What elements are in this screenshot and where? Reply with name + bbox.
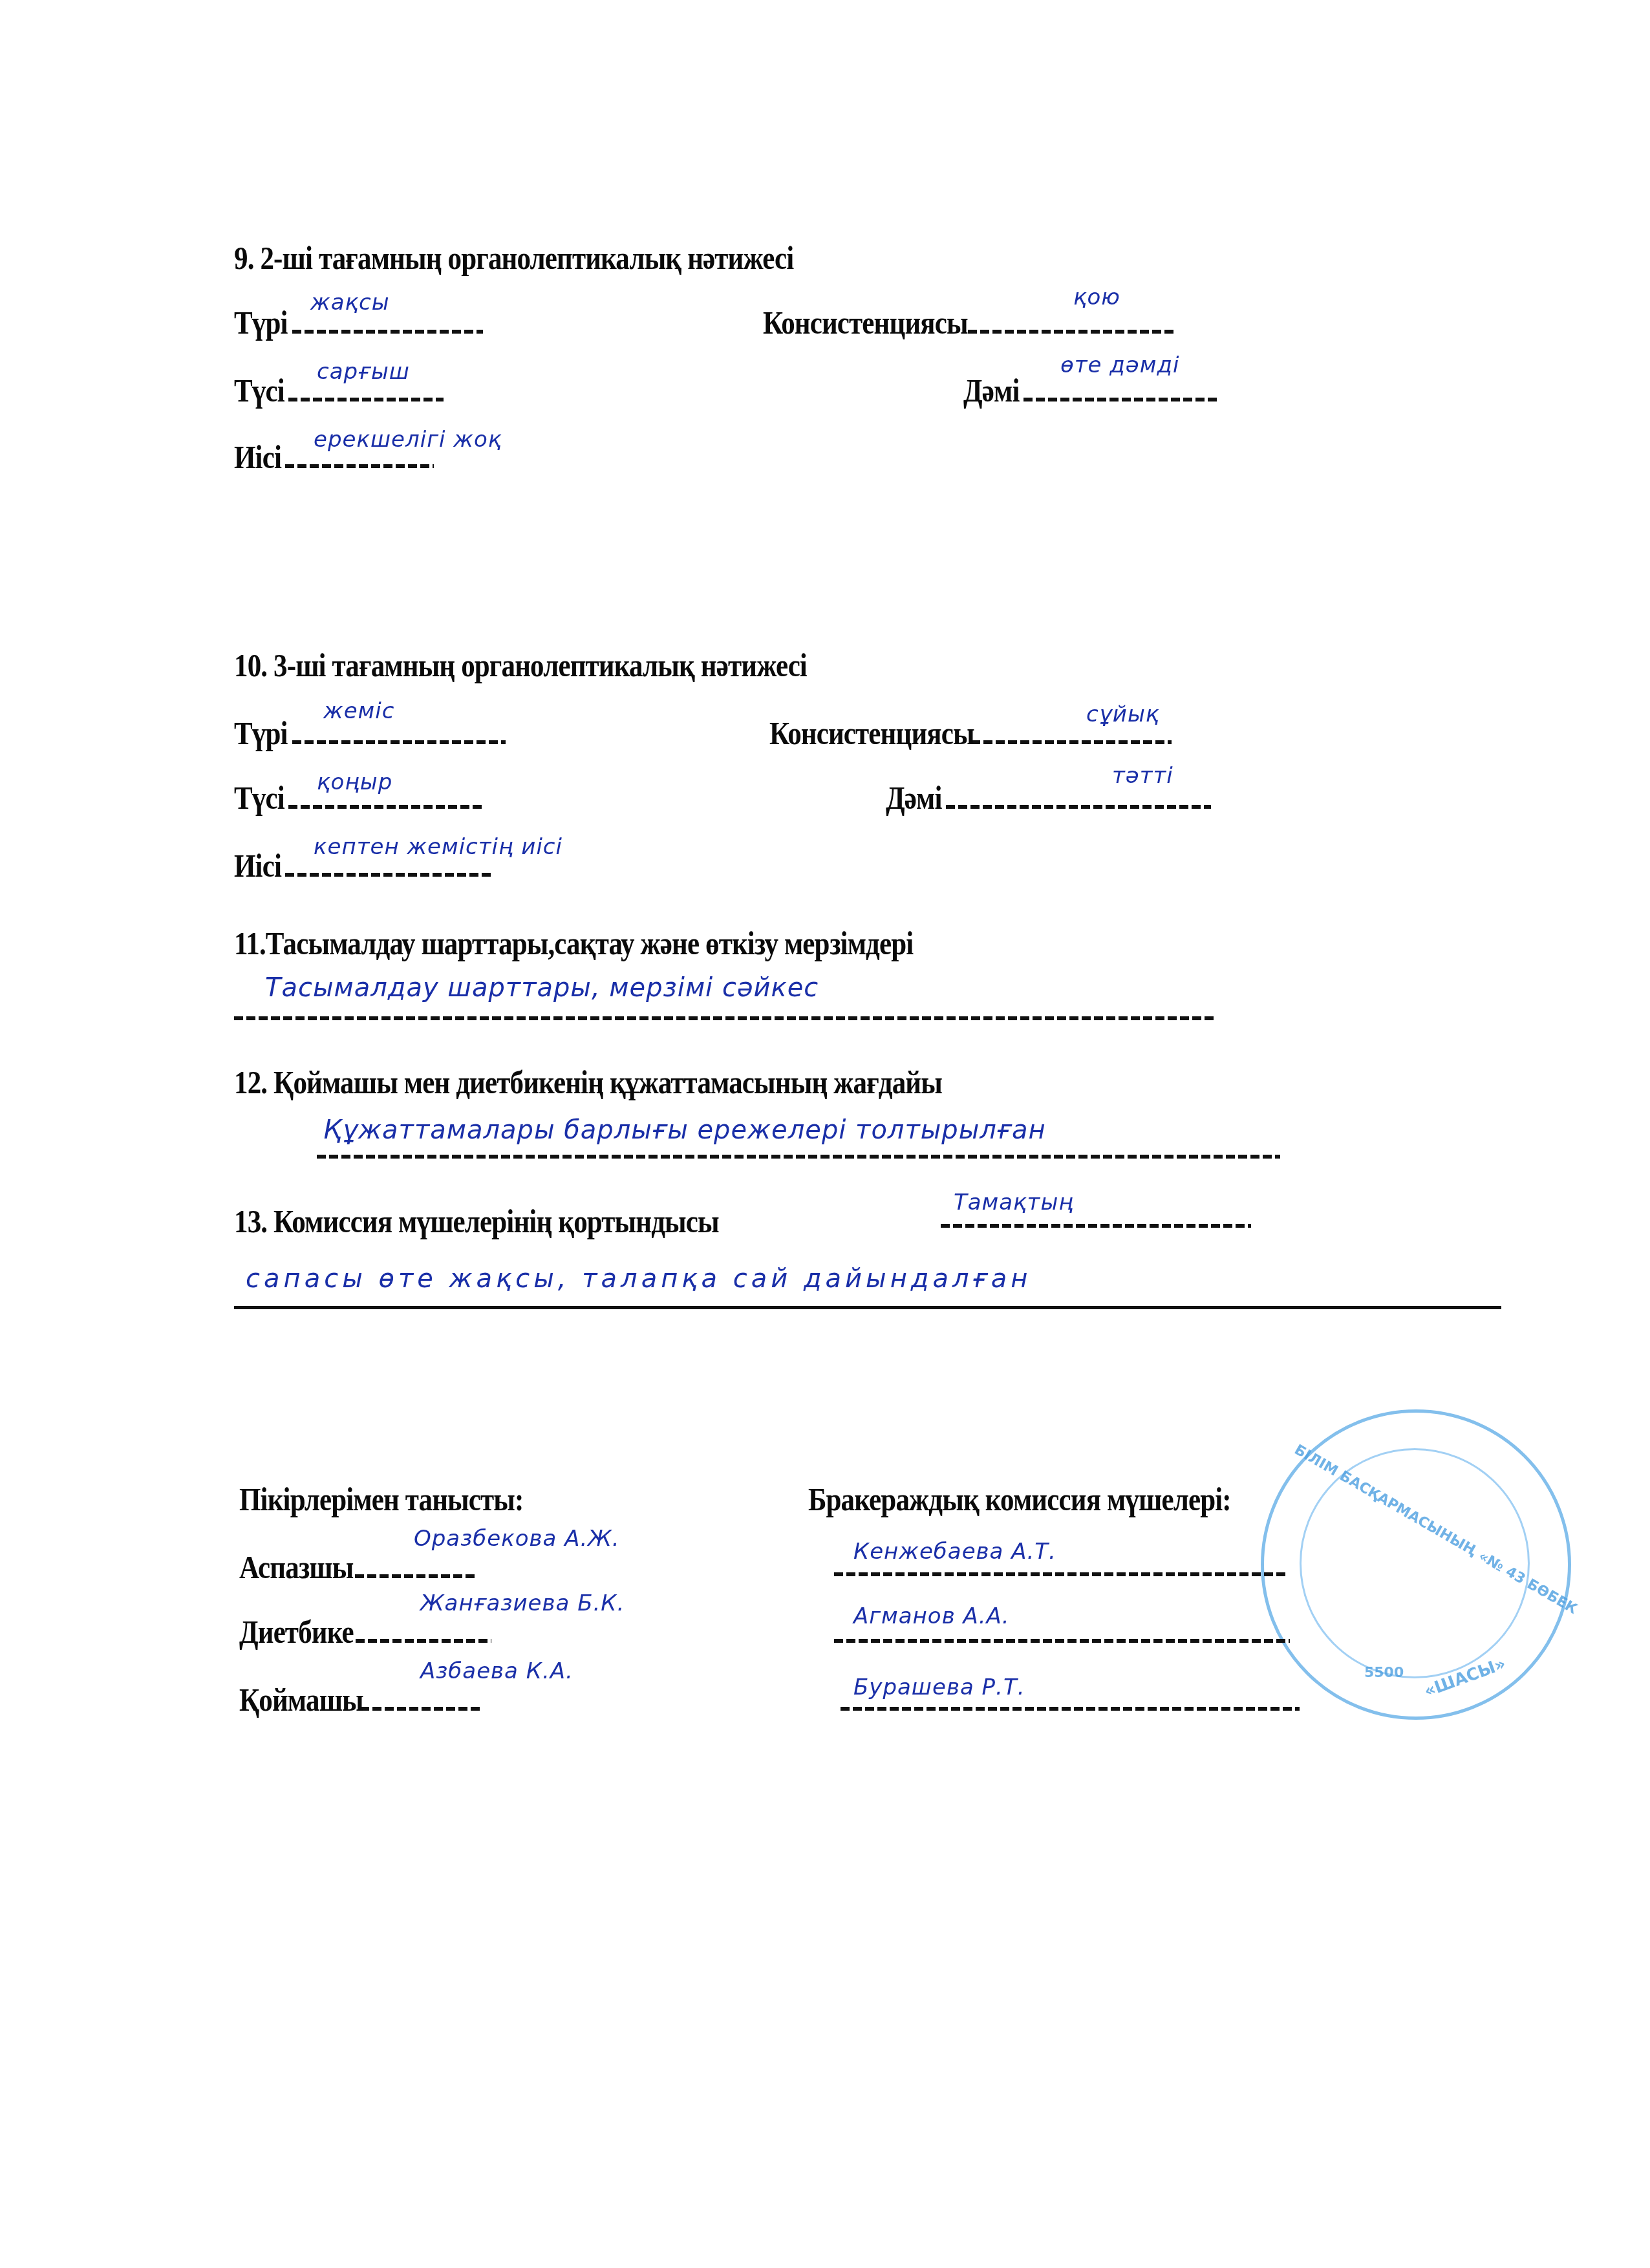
section-13-inline-value[interactable]: Тамақтың — [954, 1190, 1074, 1215]
signature-row-cook: Аспазшы — [239, 1548, 478, 1586]
iisi-dash-line — [285, 464, 434, 468]
section-12-heading: 12. Қоймашы мен диетбикенің құжаттамасын… — [234, 1064, 942, 1101]
tusi-label: Түсі — [234, 372, 284, 409]
dietitian-signature[interactable]: Жанғазиева Б.К. — [420, 1590, 625, 1616]
dami-label: Дәмі — [963, 372, 1019, 409]
konsistenciya-value[interactable]: сұйық — [1086, 701, 1159, 727]
section-13-dash-line — [941, 1224, 1251, 1228]
iisi-value[interactable]: ерекшелігі жоқ — [314, 427, 502, 453]
section-11-dash-line — [234, 1016, 1217, 1020]
storekeeper-signature[interactable]: Азбаева К.А. — [420, 1658, 573, 1684]
dami-dash-line — [1023, 398, 1217, 401]
tusi-label: Түсі — [234, 779, 284, 817]
tusi-dash-line — [288, 805, 482, 809]
konsistenciya-dash-line — [968, 330, 1175, 334]
dietitian-label: Диетбике — [239, 1613, 354, 1651]
konsistenciya-label: Консистенциясы — [769, 714, 974, 752]
iisi-dash-line — [285, 873, 492, 877]
konsistenciya-dash-line — [971, 740, 1172, 744]
dami-value[interactable]: тәтті — [1112, 763, 1173, 789]
signature-row-dietitian: Диетбике — [239, 1613, 491, 1651]
commission-member-3-dash-line — [841, 1707, 1300, 1711]
tusi-dash-line — [288, 398, 444, 401]
section-11-value[interactable]: Тасымалдау шарттары, мерзімі сәйкес — [265, 973, 819, 1003]
acquainted-heading: Пікірлерімен танысты: — [239, 1481, 523, 1518]
storekeeper-label: Қоймашы — [239, 1681, 363, 1718]
commission-member-3-signature[interactable]: Бурашева Р.Т. — [853, 1674, 1025, 1700]
tusi-value[interactable]: сарғыш — [317, 359, 410, 385]
section-10-heading: 10. 3-ші тағамның органолептикалық нәтиж… — [234, 647, 807, 684]
cook-label: Аспазшы — [239, 1548, 353, 1586]
cook-dash-line — [355, 1574, 478, 1578]
iisi-label: Иісі — [234, 438, 281, 476]
signature-row-storekeeper: Қоймашы — [239, 1681, 483, 1718]
cook-signature[interactable]: Оразбекова А.Ж. — [414, 1526, 620, 1552]
commission-member-2-signature[interactable]: Агманов А.А. — [853, 1603, 1010, 1629]
konsistenciya-value[interactable]: қою — [1073, 284, 1120, 310]
turi-label: Түрі — [234, 714, 288, 752]
konsistenciya-label: Консистенциясы — [763, 304, 968, 341]
section-11-heading: 11.Тасымалдау шарттары,сақтау және өткіз… — [234, 925, 913, 962]
stamp-number: 5500 — [1364, 1665, 1404, 1681]
turi-dash-line — [292, 330, 483, 334]
section-13-heading: 13. Комиссия мүшелерінің қортындысы — [234, 1203, 719, 1240]
section-12-dash-line — [317, 1155, 1280, 1159]
section-13-underline — [234, 1306, 1501, 1309]
turi-value[interactable]: жеміс — [323, 698, 394, 724]
turi-dash-line — [292, 740, 506, 744]
commission-member-1-dash-line — [834, 1572, 1287, 1576]
tusi-value[interactable]: қоңыр — [317, 769, 392, 795]
dami-value[interactable]: өте дәмді — [1060, 352, 1179, 378]
section-9-heading: 9. 2-ші тағамның органолептикалық нәтиже… — [234, 239, 793, 277]
storekeeper-dash-line — [360, 1707, 483, 1711]
turi-label: Түрі — [234, 304, 288, 341]
section-13-value[interactable]: сапасы өте жақсы, талапқа сай дайындалға… — [246, 1264, 1031, 1294]
commission-member-2-dash-line — [834, 1639, 1290, 1643]
dami-dash-line — [946, 805, 1211, 809]
iisi-label: Иісі — [234, 847, 281, 884]
iisi-value[interactable]: кептен жемістің иісі — [314, 834, 562, 860]
commission-member-1-signature[interactable]: Кенжебаева А.Т. — [853, 1539, 1056, 1565]
section-12-value[interactable]: Құжаттамалары барлығы ережелері толтырыл… — [323, 1115, 1046, 1145]
dami-label: Дәмі — [886, 779, 941, 817]
commission-members-heading: Бракераждық комиссия мүшелері: — [808, 1481, 1231, 1518]
dietitian-dash-line — [356, 1639, 491, 1643]
turi-value[interactable]: жақсы — [310, 290, 390, 316]
section-13-row: 13. Комиссия мүшелерінің қортындысы — [234, 1203, 798, 1240]
